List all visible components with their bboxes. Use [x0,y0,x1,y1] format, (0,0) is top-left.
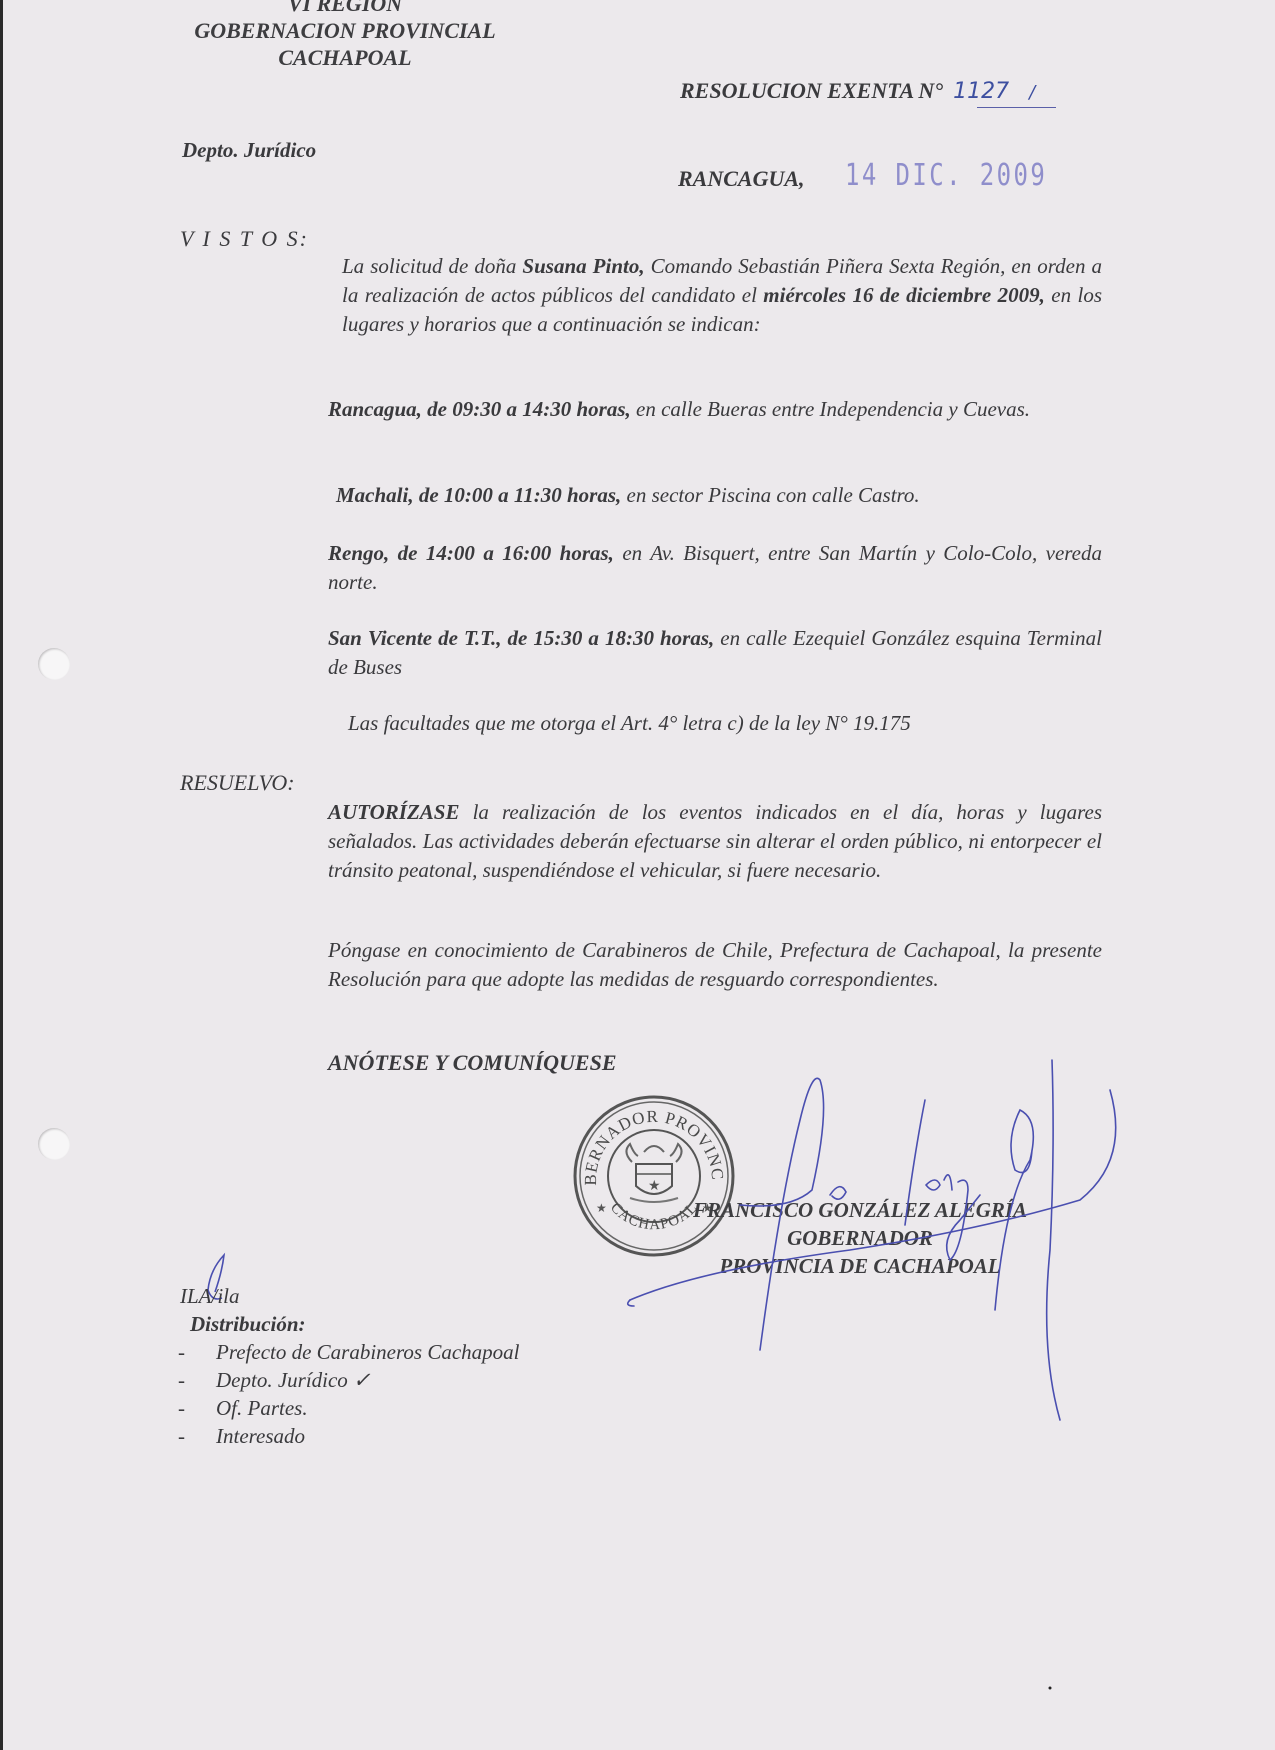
list-item-text: Of. Partes. [216,1394,308,1422]
distribution-list: - Prefecto de Carabineros Cachapoal - De… [178,1338,520,1450]
list-item-text: Interesado [216,1422,305,1450]
list-item: - Interesado [178,1422,520,1450]
list-bullet: - [178,1338,216,1366]
list-bullet: - [178,1394,216,1422]
distribution-heading: Distribución: [190,1312,306,1337]
list-item: - Prefecto de Carabineros Cachapoal [178,1338,520,1366]
initials: ILA/ila [180,1284,240,1309]
list-item: - Of. Partes. [178,1394,520,1422]
handwritten-signature-icon [0,0,1275,1750]
list-item: - Depto. Jurídico ✓ [178,1366,520,1394]
list-bullet: - [178,1422,216,1450]
list-item-text: Depto. Jurídico ✓ [216,1366,371,1394]
list-bullet: - [178,1366,216,1394]
list-item-text: Prefecto de Carabineros Cachapoal [216,1338,520,1366]
